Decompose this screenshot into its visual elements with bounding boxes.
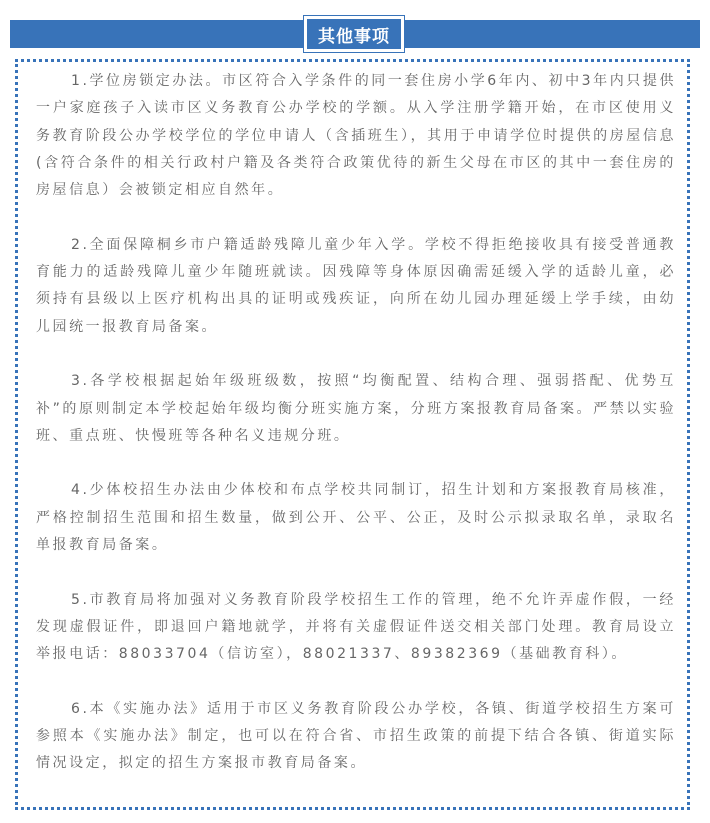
section-title: 其他事项: [307, 19, 401, 49]
paragraph-applicability: 6.本《实施办法》适用于市区义务教育阶段公办学校，各镇、街道学校招生方案可参照本…: [36, 696, 676, 778]
content-body: 1.学位房锁定办法。市区符合入学条件的同一套住房小学6年内、初中3年内只提供一户…: [36, 68, 676, 805]
paragraph-supervision-hotline: 5.市教育局将加强对义务教育阶段学校招生工作的管理，绝不允许弄虚作假，一经发现虚…: [36, 587, 676, 669]
paragraph-class-assignment: 3.各学校根据起始年级班级数，按照“均衡配置、结构合理、强弱搭配、优势互补”的原…: [36, 368, 676, 450]
section-title-box: 其他事项: [303, 15, 405, 53]
paragraph-disabled-children: 2.全面保障桐乡市户籍适龄残障儿童少年入学。学校不得拒绝接收具有接受普通教育能力…: [36, 232, 676, 341]
paragraph-sports-school: 4.少体校招生办法由少体校和布点学校共同制订，招生计划和方案报教育局核准，严格控…: [36, 477, 676, 559]
paragraph-housing-lock: 1.学位房锁定办法。市区符合入学条件的同一套住房小学6年内、初中3年内只提供一户…: [36, 68, 676, 204]
